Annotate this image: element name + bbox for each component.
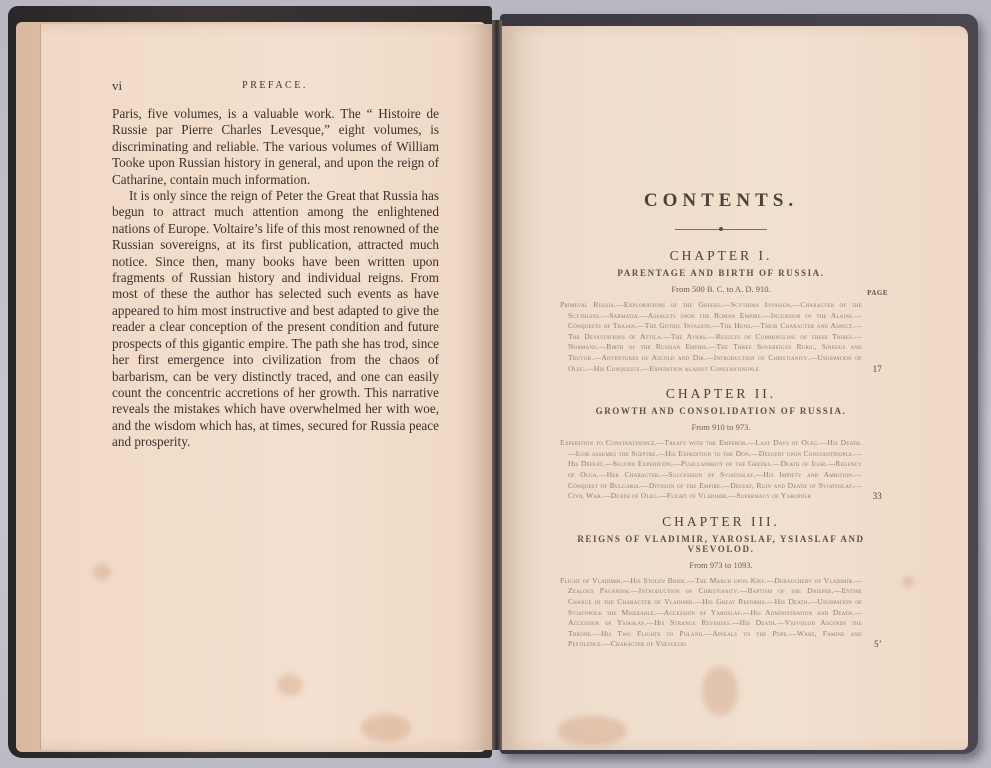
chapter-dates: From 910 to 973. — [560, 422, 882, 432]
chapter-entry: CHAPTER I. PARENTAGE AND BIRTH OF RUSSIA… — [560, 248, 882, 374]
page-column-label: PAGE — [875, 288, 888, 299]
chapter-dates: From 500 B. C. to A. D. 910. — [560, 284, 882, 294]
chapter-number: CHAPTER II. — [560, 386, 882, 402]
preface-paragraph: It is only since the reign of Peter the … — [112, 188, 439, 451]
chapter-summary-text: Expedition to Constantinople.—Treaty wit… — [560, 438, 862, 500]
chapter-title: GROWTH AND CONSOLIDATION OF RUSSIA. — [560, 406, 882, 416]
foxing-stain — [557, 716, 627, 746]
preface-text: Paris, five volumes, is a valuable work.… — [112, 106, 439, 451]
chapter-number: CHAPTER I. — [560, 248, 882, 264]
chapter-entry: CHAPTER II. GROWTH AND CONSOLIDATION OF … — [560, 386, 882, 502]
chapter-title: PARENTAGE AND BIRTH OF RUSSIA. — [560, 268, 882, 278]
chapter-entry: CHAPTER III. REIGNS OF VLADIMIR, YAROSLA… — [560, 514, 882, 650]
foxing-stain — [361, 714, 411, 742]
chapter-title: REIGNS OF VLADIMIR, YAROSLAF, YSIASLAF A… — [560, 534, 882, 554]
chapter-summary: Flight of Vladimir.—His Stolen Bride.—Th… — [560, 576, 882, 650]
chapter-page-number: 33 — [881, 491, 882, 502]
ornament-rule — [675, 226, 767, 234]
chapter-dates: From 973 to 1093. — [560, 560, 882, 570]
table-of-contents: CONTENTS. CHAPTER I. PARENTAGE AND BIRTH… — [560, 190, 882, 660]
book-gutter — [492, 20, 502, 750]
contents-title: CONTENTS. — [560, 190, 882, 214]
foxing-stain — [93, 564, 111, 580]
foxing-stain — [902, 576, 914, 588]
preface-paragraph: Paris, five volumes, is a valuable work.… — [112, 106, 439, 188]
rule-dot — [719, 227, 723, 231]
chapter-summary-text: Flight of Vladimir.—His Stolen Bride.—Th… — [560, 576, 862, 649]
chapter-page-number: 17 — [881, 364, 882, 375]
chapter-summary: PAGE Primeval Russia.—Explorations of th… — [560, 300, 882, 374]
chapter-summary-text: Primeval Russia.—Explorations of the Gre… — [560, 300, 862, 373]
chapter-summary: Expedition to Constantinople.—Treaty wit… — [560, 438, 882, 502]
foxing-stain — [702, 666, 738, 716]
foxing-stain — [277, 674, 303, 696]
chapter-number: CHAPTER III. — [560, 514, 882, 530]
running-head-title: PREFACE. — [112, 80, 438, 91]
running-head: vi PREFACE. — [112, 78, 438, 94]
